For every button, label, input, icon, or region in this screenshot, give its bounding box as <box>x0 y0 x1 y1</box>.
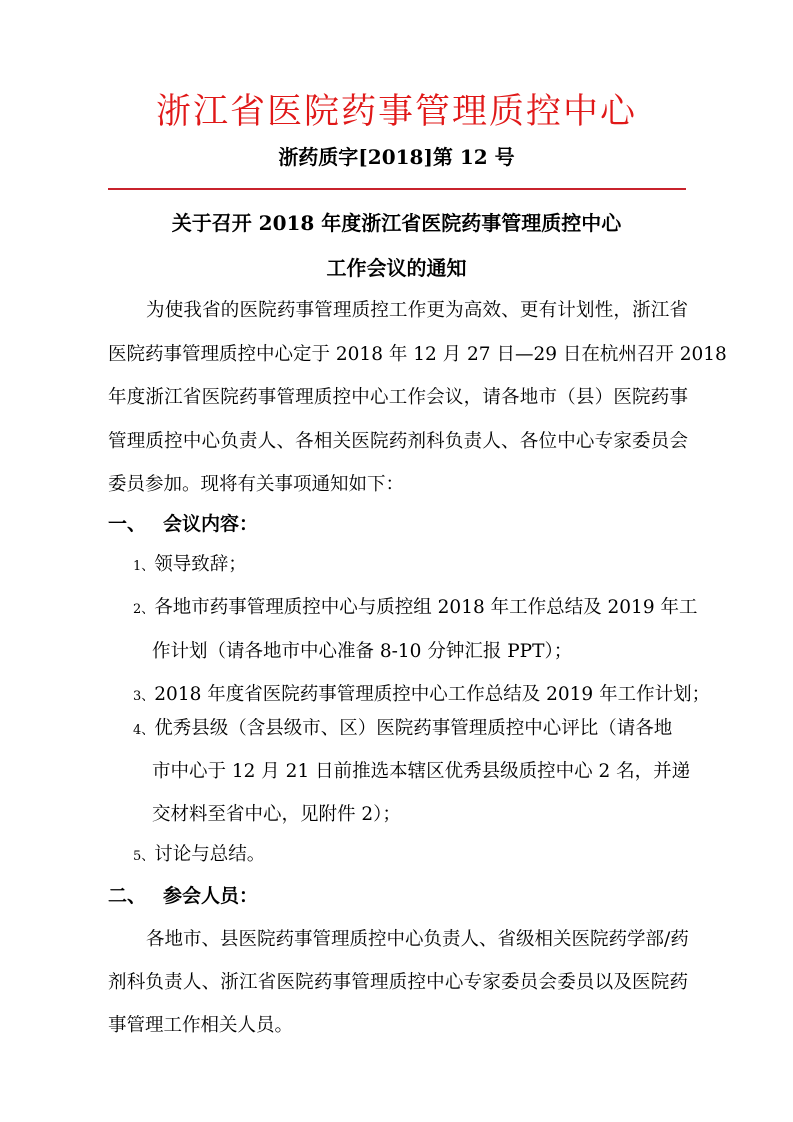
list-item-number: 1、 <box>133 559 154 574</box>
intro-line: 年度浙江省医院药事管理质控中心工作会议，请各地市（县）医院药事 <box>108 384 688 412</box>
header-divider <box>108 188 686 190</box>
document-number: 浙药质字[2018]第 12 号 <box>0 142 793 172</box>
org-title: 浙江省医院药事管理质控中心 <box>0 88 793 136</box>
section-2-heading: 参会人员： <box>163 882 258 910</box>
intro-line: 委员参加。现将有关事项通知如下： <box>108 471 404 499</box>
intro-line: 为使我省的医院药事管理质控工作更为高效、更有计划性，浙江省 <box>146 297 688 325</box>
list-item-number: 2、 <box>133 602 154 617</box>
list-item-number: 3、 <box>133 689 154 704</box>
list-item-4-continued: 交材料至省中心，见附件 2）； <box>152 801 401 829</box>
section-2-number: 二、 <box>108 882 146 910</box>
attendees-line: 剂科负责人、浙江省医院药事管理质控中心专家委员会委员以及医院药 <box>108 969 688 997</box>
list-item-3: 3、2018 年度省医院药事管理质控中心工作总结及 2019 年工作计划； <box>133 681 710 711</box>
section-1-heading: 会议内容： <box>163 510 258 538</box>
list-item-2: 2、各地市药事管理质控中心与质控组 2018 年工作总结及 2019 年工 <box>133 594 688 624</box>
list-item-1: 1、领导致辞； <box>133 551 247 581</box>
notice-title-line-2: 工作会议的通知 <box>0 253 793 283</box>
list-item-text: 讨论与总结。 <box>154 844 265 865</box>
notice-title-line-1: 关于召开 2018 年度浙江省医院药事管理质控中心 <box>0 208 793 238</box>
list-item-text: 2018 年度省医院药事管理质控中心工作总结及 2019 年工作计划； <box>154 684 710 705</box>
list-item-4-continued: 市中心于 12 月 21 日前推选本辖区优秀县级质控中心 2 名，并递 <box>152 758 688 786</box>
document-page: 浙江省医院药事管理质控中心 浙药质字[2018]第 12 号 关于召开 2018… <box>0 0 793 1122</box>
list-item-number: 5、 <box>133 849 154 864</box>
intro-line: 医院药事管理质控中心定于 2018 年 12 月 27 日—29 日在杭州召开 … <box>108 341 688 369</box>
list-item-number: 4、 <box>133 723 154 738</box>
list-item-text: 各地市药事管理质控中心与质控组 2018 年工作总结及 2019 年工 <box>154 597 697 618</box>
intro-line: 管理质控中心负责人、各相关医院药剂科负责人、各位中心专家委员会 <box>108 428 688 456</box>
list-item-text: 领导致辞； <box>154 554 247 575</box>
list-item-text: 优秀县级（含县级市、区）医院药事管理质控中心评比（请各地 <box>154 718 672 739</box>
section-1-number: 一、 <box>108 510 146 538</box>
attendees-line: 各地市、县医院药事管理质控中心负责人、省级相关医院药学部/药 <box>146 926 688 954</box>
list-item-4: 4、优秀县级（含县级市、区）医院药事管理质控中心评比（请各地 <box>133 715 672 745</box>
attendees-line: 事管理工作相关人员。 <box>108 1012 293 1040</box>
list-item-5: 5、讨论与总结。 <box>133 841 265 871</box>
list-item-2-continued: 作计划（请各地市中心准备 8-10 分钟汇报 PPT）； <box>152 638 572 666</box>
